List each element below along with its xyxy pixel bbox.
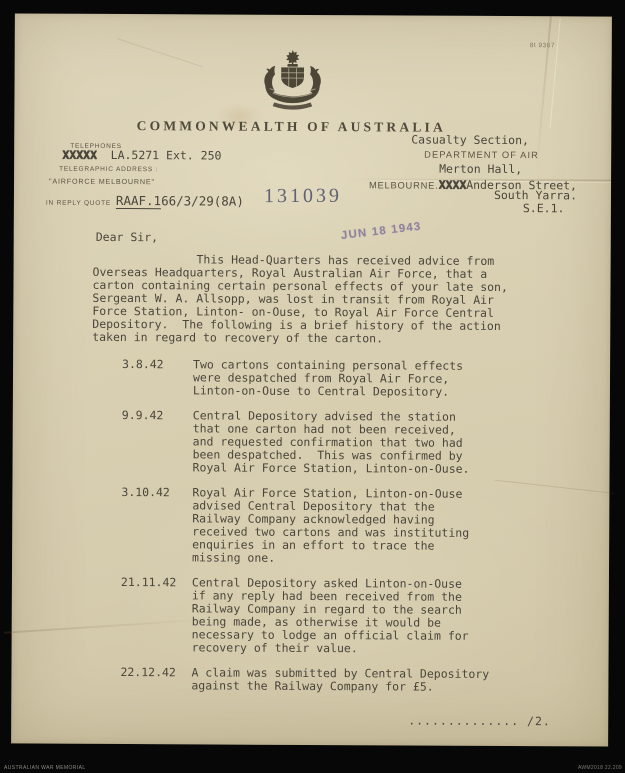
- history-entry: 3.10.42 Royal Air Force Station, Linton-…: [91, 486, 569, 567]
- printed-melbourne: MELBOURNE.: [369, 180, 439, 190]
- archive-caption-right: AWM2018 22.209: [578, 765, 622, 771]
- intro-paragraph: This Head-Quarters has received advice f…: [92, 253, 570, 347]
- salutation: Dear Sir,: [96, 231, 571, 246]
- entry-text: A claim was submitted by Central Deposit…: [191, 666, 489, 694]
- telephone-number-value: LA.5271 Ext. 250: [111, 148, 222, 163]
- telephone-number: [97, 148, 111, 162]
- sender-section: Casualty Section,: [411, 134, 529, 148]
- struck-out-text: XXXXX: [62, 148, 97, 162]
- history-entry: 9.9.42 Central Depository advised the st…: [92, 409, 570, 477]
- archival-scan-background: 8t 9367 COMMONWEALTH OF AUSTRALIA TELEPH…: [0, 0, 625, 773]
- entry-text: Two cartons containing personal effects …: [193, 358, 463, 398]
- file-reference: RAAF.166/3/29(8A): [116, 194, 244, 208]
- letter-page: 8t 9367 COMMONWEALTH OF AUSTRALIA TELEPH…: [11, 13, 612, 746]
- sender-building: Merton Hall,: [439, 163, 522, 176]
- history-entry: 22.12.42 A claim was submitted by Centra…: [90, 666, 568, 695]
- entry-date: 21.11.42: [121, 576, 192, 654]
- sender-department: DEPARTMENT OF AIR: [424, 150, 539, 161]
- history-entry: 3.8.42 Two cartons containing personal e…: [92, 358, 570, 400]
- entry-date: 9.9.42: [122, 409, 193, 474]
- archive-caption-left: AUSTRALIAN WAR MEMORIAL: [4, 765, 86, 771]
- entry-text: Central Depository asked Linton-on-Ouse …: [192, 576, 469, 655]
- file-reference-rest: 66/3/29(8A): [161, 193, 244, 208]
- telephone-number-line: XXXXX LA.5271 Ext. 250: [62, 149, 221, 163]
- letter-body: Dear Sir, This Head-Quarters has receive…: [90, 231, 571, 728]
- file-reference-underlined: RAAF.1: [116, 193, 161, 209]
- entry-date: 3.8.42: [122, 358, 193, 397]
- entry-text: Central Depository advised the station t…: [193, 409, 470, 475]
- history-entry: 21.11.42 Central Depository asked Linton…: [91, 576, 569, 657]
- in-reply-quote-label: IN REPLY QUOTE: [46, 200, 111, 207]
- entry-date: 3.10.42: [121, 486, 192, 564]
- printers-code: 8t 9367: [530, 42, 555, 49]
- paper-crease: [550, 18, 561, 128]
- sender-postcode: S.E.1.: [523, 202, 565, 215]
- page-continuation-mark: .............. /2.: [408, 715, 568, 729]
- telegraphic-address-label: TELEGRAPHIC ADDRESS :: [59, 166, 158, 174]
- registry-number-stamp: 131039: [264, 185, 342, 208]
- entry-date: 22.12.42: [120, 666, 191, 692]
- telegraphic-address-value: "AIRFORCE MELBOURNE": [49, 177, 155, 187]
- struck-out-text: XXXX: [438, 178, 466, 192]
- action-history-list: 3.8.42 Two cartons containing personal e…: [90, 358, 570, 694]
- australian-coat-of-arms-icon: [254, 49, 330, 115]
- entry-text: Royal Air Force Station, Linton-on-Ouse …: [192, 486, 469, 565]
- paper-crease: [117, 38, 203, 67]
